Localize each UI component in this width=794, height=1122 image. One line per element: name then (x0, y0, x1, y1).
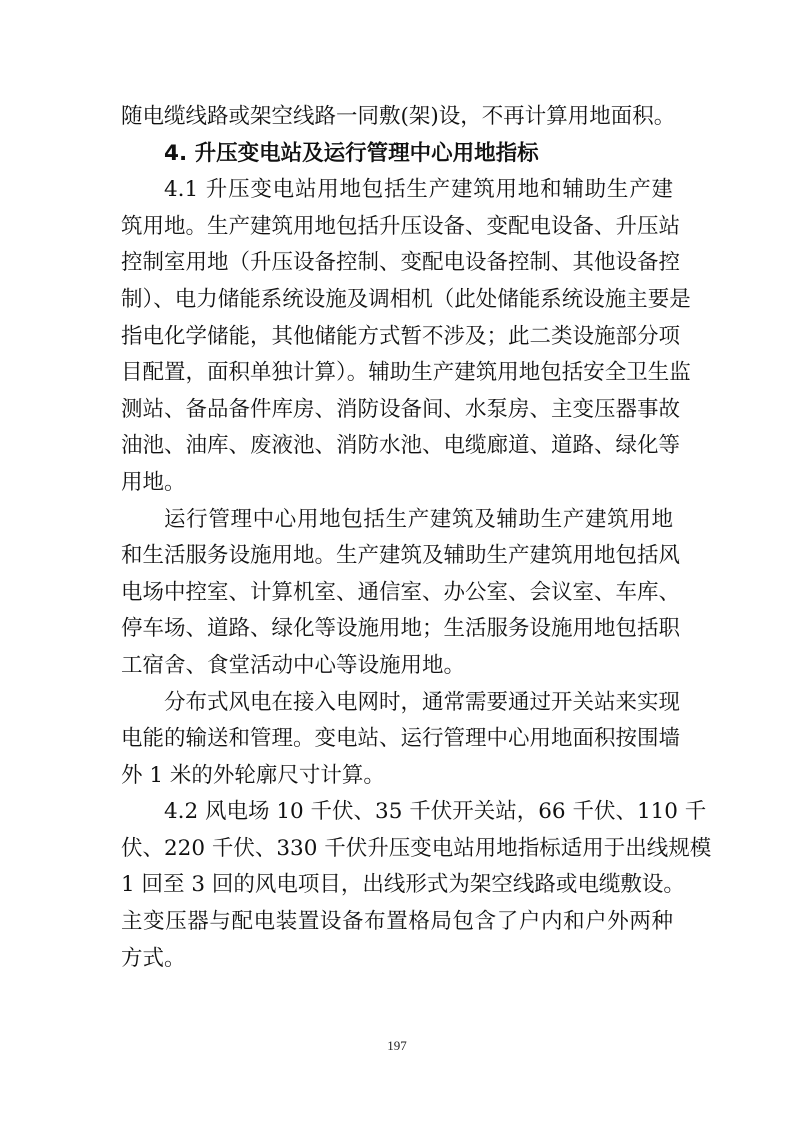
paragraph-line: 1 回至 3 回的风电项目，出线形式为架空线路或电缆敷设。 (121, 867, 673, 904)
paragraph-line: 4.1 升压变电站用地包括生产建筑用地和辅助生产建 (121, 172, 673, 209)
paragraph-line: 制）、电力储能系统设施及调相机（此处储能系统设施主要是 (121, 282, 673, 319)
paragraph-line: 筑用地。生产建筑用地包括升压设备、变配电设备、升压站 (121, 209, 673, 246)
paragraph-line: 随电缆线路或架空线路一同敷(架)设，不再计算用地面积。 (121, 99, 673, 136)
paragraph-line: 油池、油库、废液池、消防水池、电缆廊道、道路、绿化等 (121, 428, 673, 465)
section-heading: 4. 升压变电站及运行管理中心用地指标 (121, 136, 673, 173)
paragraph-line: 工宿舍、食堂活动中心等设施用地。 (121, 648, 673, 685)
paragraph-line: 测站、备品备件库房、消防设备间、水泵房、主变压器事故 (121, 392, 673, 429)
paragraph-line: 控制室用地（升压设备控制、变配电设备控制、其他设备控 (121, 245, 673, 282)
paragraph-line: 电场中控室、计算机室、通信室、办公室、会议室、车库、 (121, 575, 673, 612)
paragraph-line: 用地。 (121, 465, 673, 502)
document-body: 随电缆线路或架空线路一同敷(架)设，不再计算用地面积。 4. 升压变电站及运行管… (121, 99, 673, 977)
page-number: 197 (0, 1038, 794, 1054)
paragraph-line: 伏、220 千伏、330 千伏升压变电站用地指标适用于出线规模 (121, 831, 673, 868)
paragraph-line: 停车场、道路、绿化等设施用地；生活服务设施用地包括职 (121, 611, 673, 648)
paragraph-line: 外 1 米的外轮廓尺寸计算。 (121, 758, 673, 795)
paragraph-line: 4.2 风电场 10 千伏、35 千伏开关站，66 千伏、110 千 (121, 794, 673, 831)
paragraph-line: 和生活服务设施用地。生产建筑及辅助生产建筑用地包括风 (121, 538, 673, 575)
paragraph-line: 方式。 (121, 941, 673, 978)
paragraph-line: 运行管理中心用地包括生产建筑及辅助生产建筑用地 (121, 502, 673, 539)
paragraph-line: 目配置，面积单独计算）。辅助生产建筑用地包括安全卫生监 (121, 355, 673, 392)
document-page: 随电缆线路或架空线路一同敷(架)设，不再计算用地面积。 4. 升压变电站及运行管… (0, 0, 794, 1122)
paragraph-line: 主变压器与配电装置设备布置格局包含了户内和户外两种 (121, 904, 673, 941)
paragraph-line: 电能的输送和管理。变电站、运行管理中心用地面积按围墙 (121, 721, 673, 758)
paragraph-line: 分布式风电在接入电网时，通常需要通过开关站来实现 (121, 685, 673, 722)
paragraph-line: 指电化学储能，其他储能方式暂不涉及；此二类设施部分项 (121, 319, 673, 356)
